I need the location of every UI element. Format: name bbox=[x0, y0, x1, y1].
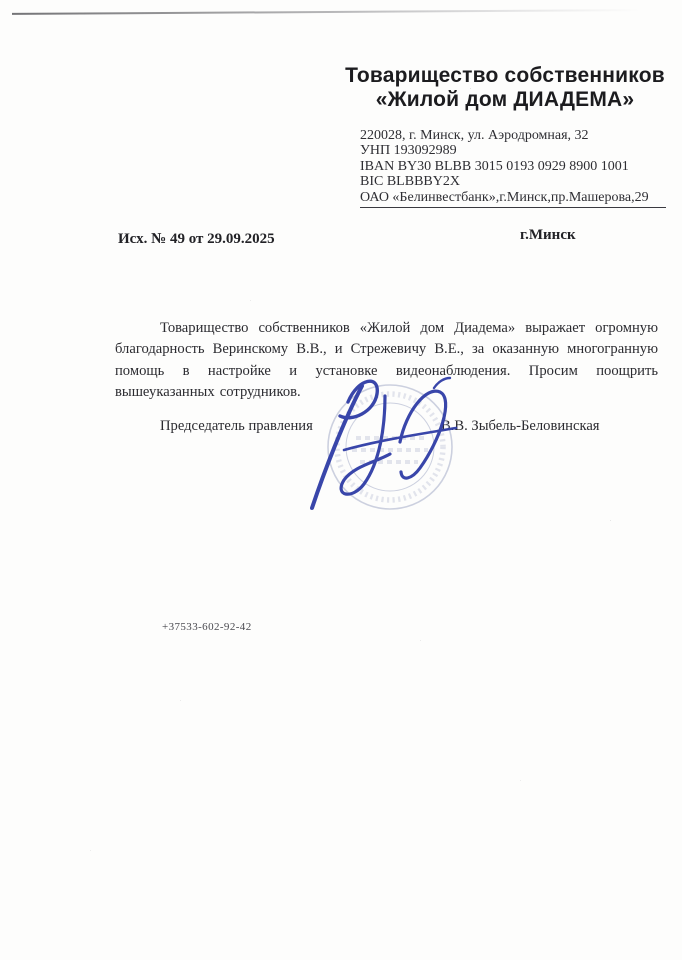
contact-phone: +37533-602-92-42 bbox=[162, 621, 252, 633]
letterhead-org-name: Товарищество собственников «Жилой дом ДИ… bbox=[340, 64, 670, 112]
address-line: IBAN BY30 BLBB 3015 0193 0929 8900 1001 bbox=[360, 159, 666, 174]
outgoing-reference: Исх. № 49 от 29.09.2025 bbox=[118, 231, 275, 248]
address-line: УНП 193092989 bbox=[360, 143, 666, 158]
scan-noise bbox=[0, 0, 1, 1]
address-line: 220028, г. Минск, ул. Аэродромная, 32 bbox=[360, 128, 666, 143]
org-name-line2: «Жилой дом ДИАДЕМА» bbox=[340, 88, 670, 112]
address-line-bank: ОАО «Белинвестбанк»,г.Минск,пр.Машерова,… bbox=[360, 190, 666, 208]
signature-image bbox=[312, 378, 456, 508]
city-label: г.Минск bbox=[520, 227, 576, 244]
org-name-line1: Товарищество собственников bbox=[340, 64, 670, 88]
scanned-letter-page: Товарищество собственников «Жилой дом ДИ… bbox=[0, 0, 682, 960]
scan-edge-artifact bbox=[12, 9, 640, 15]
address-line: BIC BLBBBY2X bbox=[360, 174, 666, 189]
letterhead-address-block: 220028, г. Минск, ул. Аэродромная, 32 УН… bbox=[360, 128, 666, 208]
signature-and-stamp-image bbox=[288, 368, 488, 518]
